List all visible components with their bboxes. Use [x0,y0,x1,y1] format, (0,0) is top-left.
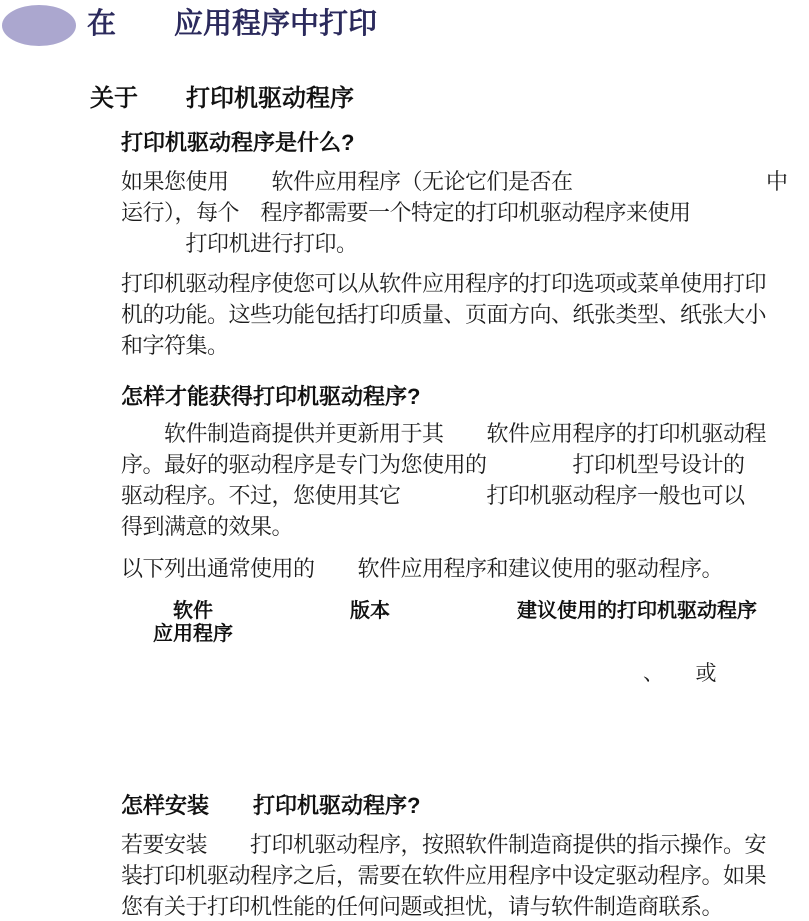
chapter-title: 在 应用程序中打印 [87,5,377,43]
table-header-recommended-driver: 建议使用的打印机驱动程序 [517,600,757,623]
manual-page: 在 应用程序中打印 关于 打印机驱动程序 打印机驱动程序是什么? 如果您使用 软… [0,0,809,921]
table-header-version: 版本 [350,600,390,623]
chapter-bullet-ellipse-icon [2,5,76,46]
section-heading-about-printer-drivers: 关于 打印机驱动程序 [90,78,354,113]
paragraph-driver-needed: 如果您使用 软件应用程序（无论它们是否在 中 运行），每个 程序都需要一个特定的… [121,166,809,259]
paragraph-install-instructions: 若要安装 打印机驱动程序，按照软件制造商提供的指示操作。安 装打印机驱动程序之后… [121,829,809,921]
subheading-what-is-printer-driver: 打印机驱动程序是什么? [121,126,354,157]
subheading-how-to-get-driver: 怎样才能获得打印机驱动程序? [121,380,420,411]
table-row-driver-options: 、 或 [517,657,717,687]
table-header-software-application: 软件 应用程序 [137,600,249,646]
subheading-how-to-install-driver: 怎样安装 打印机驱动程序? [121,789,420,820]
paragraph-table-intro: 以下列出通常使用的 软件应用程序和建议使用的驱动程序。 [121,553,809,584]
paragraph-driver-features: 打印机驱动程序使您可以从软件应用程序的打印选项或菜单使用打印 机的功能。这些功能… [121,268,809,361]
paragraph-driver-sources: 软件制造商提供并更新用于其 软件应用程序的打印机驱动程 序。最好的驱动程序是专门… [121,418,809,542]
